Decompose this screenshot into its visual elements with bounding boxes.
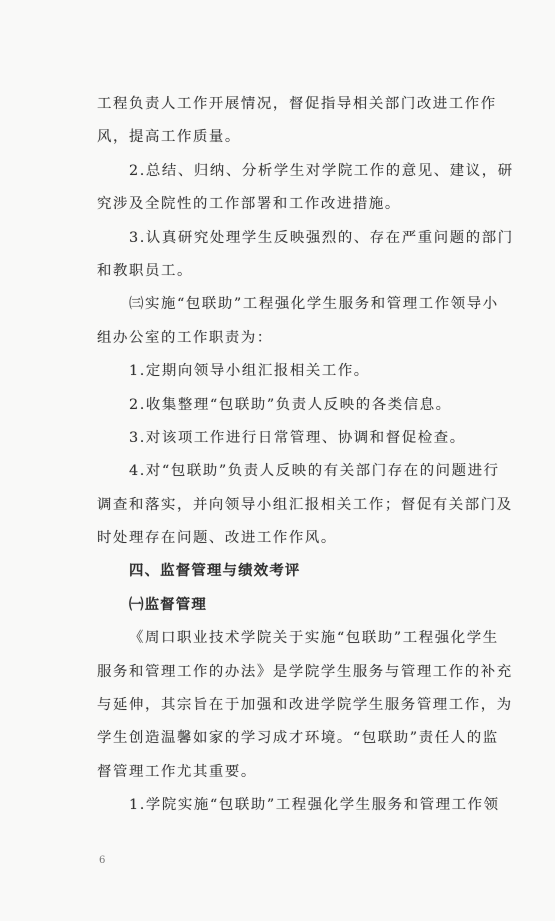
text-line: 督管理工作尤其重要。 [97,756,489,789]
text-line: 究涉及全院性的工作部署和工作改进措施。 [97,188,489,221]
text-line: 时处理存在问题、改进工作作风。 [97,522,489,555]
text-line: 1.学院实施“包联助”工程强化学生服务和管理工作领 [97,789,489,822]
text-line: 风，提高工作质量。 [97,121,489,154]
text-line: ㈢实施“包联助”工程强化学生服务和管理工作领导小 [97,288,489,321]
text-line: 和教职员工。 [97,255,489,288]
body-text: 工程负责人工作开展情况，督促指导相关部门改进工作作 风，提高工作质量。 2.总结… [97,88,489,823]
page-number: 6 [99,855,105,866]
text-line: 3.对该项工作进行日常管理、协调和督促检查。 [97,422,489,455]
text-line: 调查和落实，并向领导小组汇报相关工作；督促有关部门及 [97,489,489,522]
section-heading: 四、监督管理与绩效考评 [97,555,489,588]
text-line: 工程负责人工作开展情况，督促指导相关部门改进工作作 [97,88,489,121]
text-line: 《周口职业技术学院关于实施“包联助”工程强化学生 [97,622,489,655]
text-line: 学生创造温馨如家的学习成才环境。“包联助”责任人的监 [97,722,489,755]
text-line: 2.收集整理“包联助”负责人反映的各类信息。 [97,389,489,422]
text-line: 2.总结、归纳、分析学生对学院工作的意见、建议，研 [97,155,489,188]
subsection-heading: ㈠监督管理 [97,589,489,622]
text-line: 1.定期向领导小组汇报相关工作。 [97,355,489,388]
text-line: 服务和管理工作的办法》是学院学生服务与管理工作的补充 [97,656,489,689]
text-line: 组办公室的工作职责为： [97,322,489,355]
document-page: 工程负责人工作开展情况，督促指导相关部门改进工作作 风，提高工作质量。 2.总结… [0,0,555,921]
text-line: 4.对“包联助”负责人反映的有关部门存在的问题进行 [97,455,489,488]
text-line: 3.认真研究处理学生反映强烈的、存在严重问题的部门 [97,222,489,255]
text-line: 与延伸，其宗旨在于加强和改进学院学生服务管理工作，为 [97,689,489,722]
